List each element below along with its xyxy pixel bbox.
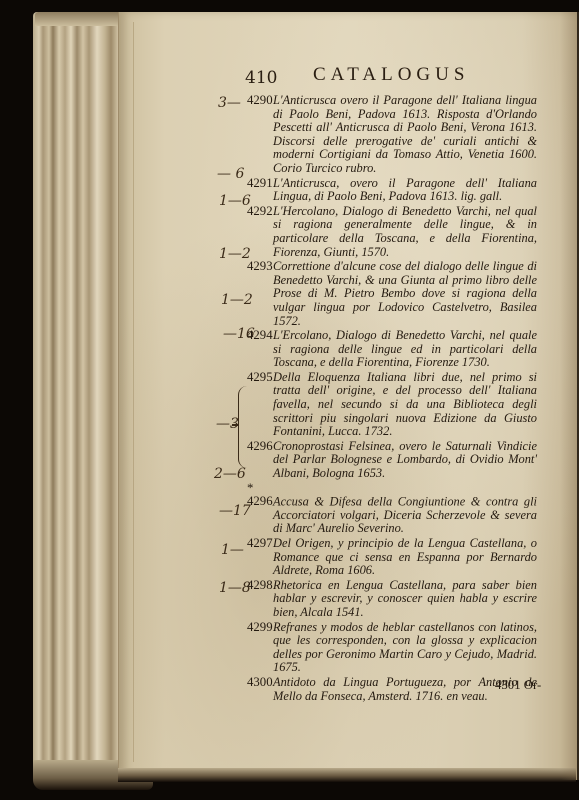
page-bottom-edge: [118, 768, 576, 782]
page-right-shadow: [560, 12, 579, 780]
catalogue-entry: 4294L'Ercolano, Dialogo di Benedetto Var…: [247, 329, 537, 370]
catalogue-entries: 4290L'Anticrusca overo il Paragone dell'…: [247, 94, 537, 704]
entry-number: 4293: [247, 260, 273, 274]
catalogue-entry: 4293Correttione d'alcune cose del dialog…: [247, 260, 537, 328]
running-title: CATALOGUS: [313, 64, 469, 86]
catalogue-entry: 4292L'Hercolano, Dialogo di Benedetto Va…: [247, 205, 537, 259]
entry-number: 4296: [247, 440, 273, 454]
catalogue-entry: 4300Antidoto da Lingua Portugueza, por A…: [247, 676, 537, 703]
entry-text: L'Hercolano, Dialogo di Benedetto Varchi…: [273, 204, 537, 259]
entry-number: 4295: [247, 371, 273, 385]
margin-brace: [238, 386, 247, 468]
entry-text: L'Anticrusca overo il Paragone dell' Ita…: [273, 93, 537, 175]
entry-number: 4294: [247, 329, 273, 343]
entry-number: 4292: [247, 205, 273, 219]
margin-mark-4299: 1—: [221, 542, 244, 558]
entry-number: 4291: [247, 177, 273, 191]
margin-mark-4290: 3—: [218, 95, 241, 111]
entry-text: Refranes y modos de heblar castellanos c…: [273, 620, 537, 675]
book-photo: 410 CATALOGUS 3— — 6 1—6 1—2 1—2 —16 —3 …: [0, 0, 579, 800]
entry-text: Accusa & Difesa della Congiuntione & con…: [273, 494, 537, 535]
catalogue-entry: 4297Del Origen, y principio de la Lengua…: [247, 537, 537, 578]
entry-text: Della Eloquenza Italiana libri due, nel …: [273, 370, 537, 438]
catalogue-entry: * 4296Accusa & Difesa della Congiuntione…: [247, 482, 537, 536]
entry-number: 4300: [247, 676, 273, 690]
margin-mark-4291: — 6: [217, 166, 244, 182]
entry-number: 4290: [247, 94, 273, 108]
catchword: 4301 Or-: [495, 678, 541, 693]
entry-text: L'Ercolano, Dialogo di Benedetto Varchi,…: [273, 328, 537, 369]
catalogue-entry: 4291L'Anticrusca, overo il Paragone dell…: [247, 177, 537, 204]
catalogue-entry: 4295Della Eloquenza Italiana libri due, …: [247, 371, 537, 439]
catalogue-entry: 4298Rhetorica en Lengua Castellana, para…: [247, 579, 537, 620]
catalogue-entry: 4299Refranes y modos de heblar castellan…: [247, 621, 537, 675]
entry-text: Rhetorica en Lengua Castellana, para sab…: [273, 578, 537, 619]
margin-mark-4297: 2—6: [214, 466, 246, 482]
entry-number: 4299: [247, 621, 273, 635]
entry-number: * 4296: [247, 482, 273, 509]
entry-number: 4297: [247, 537, 273, 551]
page-edges-top: [35, 12, 131, 26]
margin-brace-tip: [232, 424, 239, 426]
entry-text: L'Anticrusca, overo il Paragone dell' It…: [273, 176, 537, 204]
entry-text: Del Origen, y principio de la Lengua Cas…: [273, 536, 537, 577]
entry-number: 4298: [247, 579, 273, 593]
entry-text: Cronoprostasi Felsinea, overo le Saturna…: [273, 439, 537, 480]
catalogue-entry: 4296Cronoprostasi Felsinea, overo le Sat…: [247, 440, 537, 481]
gutter-line: [133, 22, 134, 762]
page-number: 410: [245, 68, 277, 88]
catalogue-entry: 4290L'Anticrusca overo il Paragone dell'…: [247, 94, 537, 176]
entry-text: Correttione d'alcune cose del dialogo de…: [273, 259, 537, 327]
